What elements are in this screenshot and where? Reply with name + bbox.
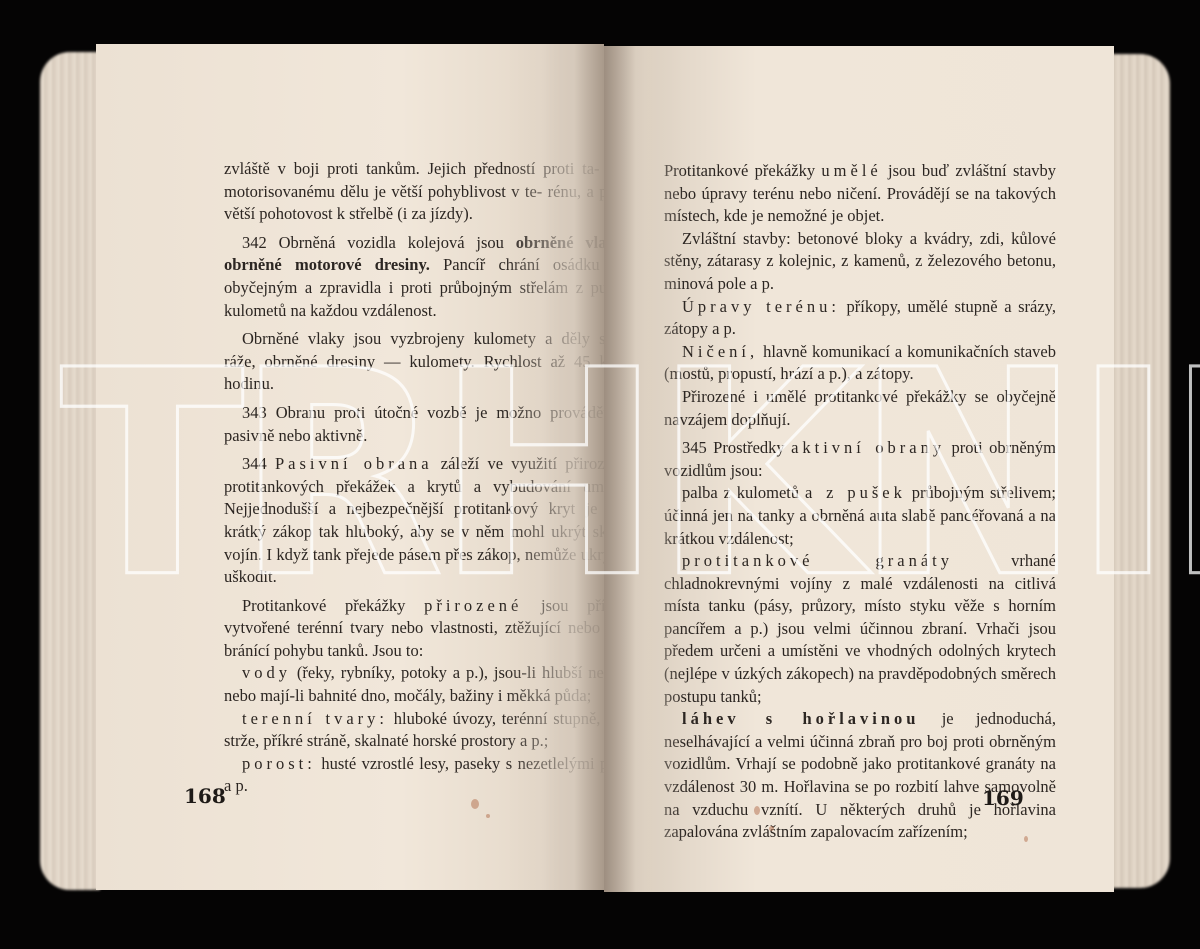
spaced-term: a z pušek: [805, 483, 906, 502]
stain: [486, 814, 490, 818]
stain: [471, 799, 479, 809]
paragraph-number: 342: [242, 233, 267, 252]
stain: [1024, 836, 1028, 842]
paragraph-number: 344: [242, 454, 267, 473]
text: palba z kulometů: [682, 483, 799, 502]
list-item-zvlastni-stavby: Zvláštní stavby: betonové bloky a kvádry…: [664, 228, 1056, 296]
spaced-term: terenní tvary:: [242, 709, 388, 728]
spaced-term: Úpravy terénu:: [682, 297, 840, 316]
page-number-right: 169: [982, 786, 1024, 810]
text: je jednoduchá, neselhávající a velmi úči…: [664, 709, 1056, 841]
list-item-niceni: Ničení, hlavně komunikací a komunikačníc…: [664, 341, 1056, 386]
list-item-upravy-terenu: Úpravy terénu: příkopy, umělé stupně a s…: [664, 296, 1056, 341]
list-item-palba: palba z kulometů a z pušek průbojným stř…: [664, 482, 1056, 550]
paragraph-umele: Protitankové překážky umělé jsou buď zvl…: [664, 160, 1056, 228]
paragraph-number: 343: [242, 403, 267, 422]
left-page: zvláště v boji proti tankům. Jejich před…: [96, 44, 604, 890]
spaced-term: porost:: [242, 754, 316, 773]
paragraph-345: 345 Prostředky aktivní obrany proti obrn…: [664, 437, 1056, 482]
open-book: zvláště v boji proti tankům. Jejich před…: [40, 44, 1170, 904]
term: Zvláštní stavby:: [682, 229, 791, 248]
text: Obrněná vozidla kolejová jsou: [279, 233, 504, 252]
bold-term: obrněné motorové dresiny.: [224, 255, 430, 274]
page-edges-right: [1108, 54, 1170, 888]
spaced-term: vody: [242, 663, 291, 682]
paragraph-doplnuji: Přirozené i umělé protitankové překážky …: [664, 386, 1056, 431]
page-edges-left: [40, 52, 100, 890]
list-item-lahev: láhev s hořlavinou je jednoduchá, neselh…: [664, 708, 1056, 844]
right-page: Protitankové překážky umělé jsou buď zvl…: [604, 46, 1114, 892]
spaced-term: láhev s hořlavinou: [682, 709, 919, 728]
list-item-granaty: protitankové granáty vrhané chladnokrevn…: [664, 550, 1056, 708]
paragraph-number: 345: [682, 438, 707, 457]
spaced-term: protitankové granáty: [682, 551, 953, 570]
spaced-term: Pasivní obrana: [275, 454, 433, 473]
spaced-term: umělé: [821, 161, 881, 180]
gutter-shadow: [604, 46, 684, 892]
spaced-term: aktivní obrany: [791, 438, 945, 457]
right-page-text: Protitankové překážky umělé jsou buď zvl…: [664, 160, 1056, 844]
gutter-shadow: [504, 44, 604, 890]
stain: [754, 806, 760, 815]
text: Protitankové překážky: [664, 161, 815, 180]
text: Prostředky: [713, 438, 785, 457]
text: vrhané chladnokrevnými vojíny z malé vzd…: [664, 551, 1056, 706]
stain: [769, 826, 774, 831]
text: Protitankové překážky: [242, 596, 405, 615]
spaced-term: Ničení,: [682, 342, 758, 361]
page-number-left: 168: [184, 784, 226, 808]
